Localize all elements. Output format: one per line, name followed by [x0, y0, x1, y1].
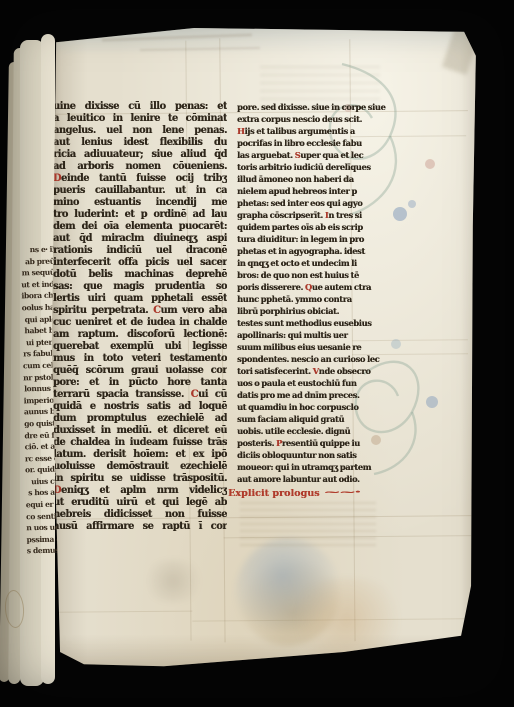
manuscript-line: uobis. utile ecclesie. dignū	[237, 425, 361, 437]
manuscript-line: quidem partes oīs ab eis scrip	[237, 221, 361, 233]
facing-page-line: imperios u	[24, 394, 58, 406]
facing-page-line: nr pstolē	[23, 371, 57, 383]
facing-page-line: or. quid a	[25, 464, 59, 476]
manuscript-line: angelus. uel non lene penas.	[53, 125, 227, 137]
manuscript-line: dotū belis machinas deprehē	[53, 269, 227, 281]
manuscript-line: pueris cauillabantur. ut in ca	[53, 185, 227, 197]
stain-gray	[140, 560, 206, 602]
manuscript-line: apollinaris: qui multis uer	[237, 329, 361, 341]
manuscript-line: toris arbitrio iudiciū derelīques	[237, 161, 361, 173]
offset-ink-smudge	[240, 502, 376, 546]
manuscript-line: spondentes. nescio an curioso lec	[237, 353, 361, 365]
manuscript-line: hunc pphetā. ymmo contra	[237, 293, 361, 305]
facing-page-line: equi er p	[26, 499, 60, 511]
manuscript-line: aut amore labuntur aut odio.	[237, 473, 361, 485]
manuscript-line: grapha cōscripserīt. In tres si	[237, 209, 361, 221]
manuscript-line: tura diuiditur: in legem in pro	[237, 233, 361, 245]
manuscript-line: uoluisse demōstrauit ezechielē	[53, 461, 227, 473]
facing-page-line: go quistē	[24, 418, 58, 430]
text-column-right: pore. sed dixisse. siue in corpe siueext…	[237, 101, 361, 485]
manuscript-line: sas: que magis prudentia so	[53, 281, 227, 293]
facing-page-line: pssima e	[26, 533, 60, 545]
manuscript-line: suum milibus eius uesanie re	[237, 341, 361, 353]
manuscript-line: quidā e nostris satis ad loquē	[53, 401, 227, 413]
rubric-flourish: ~~·	[323, 486, 359, 499]
manuscript-line: tro luderint: et p ordinē ad lau	[53, 209, 227, 221]
manuscript-line: sum faciam aliquid gratū	[237, 413, 361, 425]
manuscript-line: in spiritu se uidisse trāspositū.	[53, 473, 227, 485]
manuscript-line: querebat exemplū ubi legisse	[53, 341, 227, 353]
facing-page-line: lonnus o	[23, 383, 57, 395]
facing-page-line: rs fabuls	[23, 348, 57, 360]
facing-page-line: ui ptere	[22, 336, 56, 348]
manuscript-line: duxisset in mediū. et diceret eū	[53, 425, 227, 437]
manuscript-line: uine dixisse cū illo penas: et	[53, 101, 227, 113]
manuscript-line: hebreis didicisset non fuisse	[53, 509, 227, 521]
manuscript-line: lertis uiri quam pphetali essēt	[53, 293, 227, 305]
manuscript-line: extra corpus nescio deus scit.	[237, 113, 361, 125]
facing-page-line: qui aplo	[22, 313, 56, 325]
manuscript-line: Deniqʒ et aplm nrm videlicʒ	[53, 485, 227, 497]
manuscript-line: ad arboris nomen cōueniens.	[53, 161, 227, 173]
facing-page-line: habet bl	[22, 325, 56, 337]
manuscript-line: ut eruditū uirū et qui legē ab	[53, 497, 227, 509]
manuscript-line: in qnqʒ et octo et undecim li	[237, 257, 361, 269]
manuscript-line: rationis indiciū uel draconē	[53, 245, 227, 257]
manuscript-line: moueor: qui in utramqʒ partem	[237, 461, 361, 473]
manuscript-line: mus in toto veteri testamento	[53, 353, 227, 365]
manuscript-line: poris disserere. Que autem ctra	[237, 281, 361, 293]
facing-page-line: ibora chū	[21, 290, 55, 302]
manuscript-line: phetas: sed inter eos qui agyo	[237, 197, 361, 209]
manuscript-line: spiritu perpetrata. Cum vero aba	[53, 305, 227, 317]
manuscript-line: nielem apud hebreos inter p	[237, 185, 361, 197]
manuscript-line: cuc ueniret et de iudea in chalde	[53, 317, 227, 329]
manuscript-line: pocrifas in libro ecclesie fabu	[237, 137, 361, 149]
facing-page-line: dre eū fid	[24, 429, 58, 441]
manuscript-line: librū porphirius obiciat.	[237, 305, 361, 317]
manuscript-line: Deinde tantū fuisse ocij tribʒ	[53, 173, 227, 185]
facing-page-line: rc esse cui	[25, 452, 59, 464]
manuscript-line: posteris. Presentiū quippe iu	[237, 437, 361, 449]
manuscript-line: ricia adiuuateur; siue aliud q̄d	[53, 149, 227, 161]
manuscript-line: terrarū spacia transisse. Cui cū	[53, 389, 227, 401]
rubric-explicit: Explicit prologus ~~·	[228, 487, 378, 500]
manuscript-line: aut lenius idest flexibilis du	[53, 137, 227, 149]
manuscript-line: quēq̄ scōrum graui uolasse cor	[53, 365, 227, 377]
manuscript-line: uos o paula et eustochiū fun	[237, 377, 361, 389]
facing-page-blank	[16, 40, 54, 245]
facing-page-line: ciō. et ags	[25, 441, 59, 453]
manuscript-line: bros: de quo non est huius tē	[237, 269, 361, 281]
facing-page-line: n uos uel	[26, 522, 60, 534]
facing-page-line: ab preū	[21, 255, 55, 267]
manuscript-line: dum promptulus ezechielē ad	[53, 413, 227, 425]
stain-tan	[282, 578, 412, 662]
facing-page-line: co sentire	[26, 510, 60, 522]
manuscript-line: interfecerit offa picis uel sacer	[53, 257, 227, 269]
manuscript-line: de chaldea in iudeam fuisse trās	[53, 437, 227, 449]
facing-page-line: aunus bea	[24, 406, 58, 418]
text-column-left: uine dixisse cū illo penas: eta leuitico…	[53, 101, 227, 533]
facing-page-line: cum celer	[23, 360, 57, 372]
manuscript-line: dem dei oīa elementa puocarēt:	[53, 221, 227, 233]
manuscript-line: ut quamdiu in hoc corpusclo	[237, 401, 361, 413]
facing-page-line: ns eꞏ il	[20, 244, 54, 256]
manuscript-line: tori satisfecerint. Vnde obsecro	[237, 365, 361, 377]
facing-page-line: uius cu	[25, 475, 59, 487]
manuscript-line: testes sunt methodius eusebius	[237, 317, 361, 329]
facing-page-line: ut et indig	[21, 278, 55, 290]
manuscript-line: pore: et in pūcto hore tanta	[53, 377, 227, 389]
facing-page-line: s demus o	[27, 545, 61, 557]
manuscript-line: ausū affirmare se raptū ī cor	[53, 521, 227, 533]
manuscript-line: Hijs et talibus argumentis a	[237, 125, 361, 137]
facing-page-line: oolus har	[22, 302, 56, 314]
manuscript-line: illud āmoneo non haberi da	[237, 173, 361, 185]
manuscript-photo: ns eꞏ ilab preūm sequūut et indigibora c…	[0, 0, 514, 707]
manuscript-line: phetas et in agyographa. idest	[237, 245, 361, 257]
facing-page-line: s hos ap	[26, 487, 60, 499]
manuscript-line: a leuitico in lenire te cōminat	[53, 113, 227, 125]
manuscript-line: diciis obloquuntur non satis	[237, 449, 361, 461]
ruling-horizontal	[54, 611, 192, 613]
manuscript-line: pore. sed dixisse. siue in corpe siue	[237, 101, 361, 113]
manuscript-line: latum. derisit hoīem: et ex ipō	[53, 449, 227, 461]
facing-page-line: m sequū	[21, 267, 55, 279]
rubric-explicit-text: Explicit prologus	[228, 488, 320, 499]
manuscript-line: am raptum. discoforū lectionē:	[53, 329, 227, 341]
manuscript-line: datis pro me ad dnīm preces.	[237, 389, 361, 401]
manuscript-page: uine dixisse cū illo penas: eta leuitico…	[44, 26, 478, 674]
manuscript-line: las arguebat. Super qua et lec	[237, 149, 361, 161]
manuscript-line: mino estuantis incendij me	[53, 197, 227, 209]
manuscript-line: aut q̄d miraclm diuineqʒ aspi	[53, 233, 227, 245]
